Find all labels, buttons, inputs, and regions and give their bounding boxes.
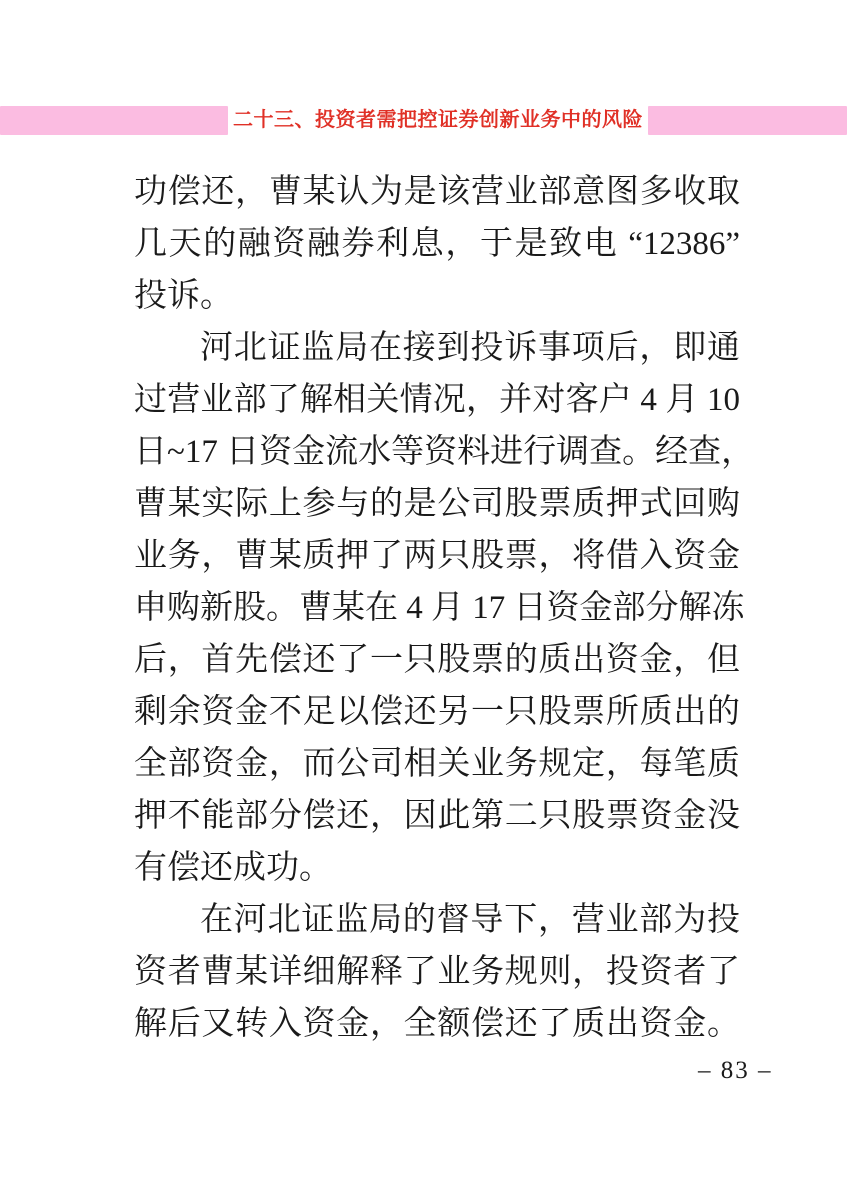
book-page: 二十三、投资者需把控证券创新业务中的风险 功偿还，曹某认为是该营业部意图多收取几…	[0, 0, 851, 1189]
body-text: 功偿还，曹某认为是该营业部意图多收取几天的融资融券利息，于是致电 “12386”…	[134, 166, 740, 1050]
text-line: 剩余资金不足以偿还另一只股票所质出的	[134, 686, 740, 738]
text-line: 投诉。	[134, 270, 740, 322]
text-line: 资者曹某详细解释了业务规则，投资者了	[134, 946, 740, 998]
text-line: 后，首先偿还了一只股票的质出资金，但	[134, 634, 740, 686]
header-right-bar	[648, 106, 847, 135]
page-number: – 83 –	[698, 1055, 773, 1087]
text-line: 在河北证监局的督导下，营业部为投	[134, 894, 740, 946]
text-line: 几天的融资融券利息，于是致电 “12386”	[134, 218, 740, 270]
text-line: 押不能部分偿还，因此第二只股票资金没	[134, 790, 740, 842]
text-line: 曹某实际上参与的是公司股票质押式回购	[134, 478, 740, 530]
text-line: 过营业部了解相关情况，并对客户 4 月 10	[134, 374, 740, 426]
text-line: 业务，曹某质押了两只股票，将借入资金	[134, 530, 740, 582]
text-line: 日~17 日资金流水等资料进行调查。经查，	[134, 426, 740, 478]
text-line: 申购新股。曹某在 4 月 17 日资金部分解冻	[134, 582, 740, 634]
text-line: 功偿还，曹某认为是该营业部意图多收取	[134, 166, 740, 218]
chapter-title: 二十三、投资者需把控证券创新业务中的风险	[228, 106, 648, 135]
header-left-bar	[0, 106, 228, 135]
text-line: 河北证监局在接到投诉事项后，即通	[134, 322, 740, 374]
text-line: 解后又转入资金，全额偿还了质出资金。	[134, 998, 740, 1050]
chapter-header-band: 二十三、投资者需把控证券创新业务中的风险	[0, 106, 851, 135]
text-line: 全部资金，而公司相关业务规定，每笔质	[134, 738, 740, 790]
text-line: 有偿还成功。	[134, 842, 740, 894]
